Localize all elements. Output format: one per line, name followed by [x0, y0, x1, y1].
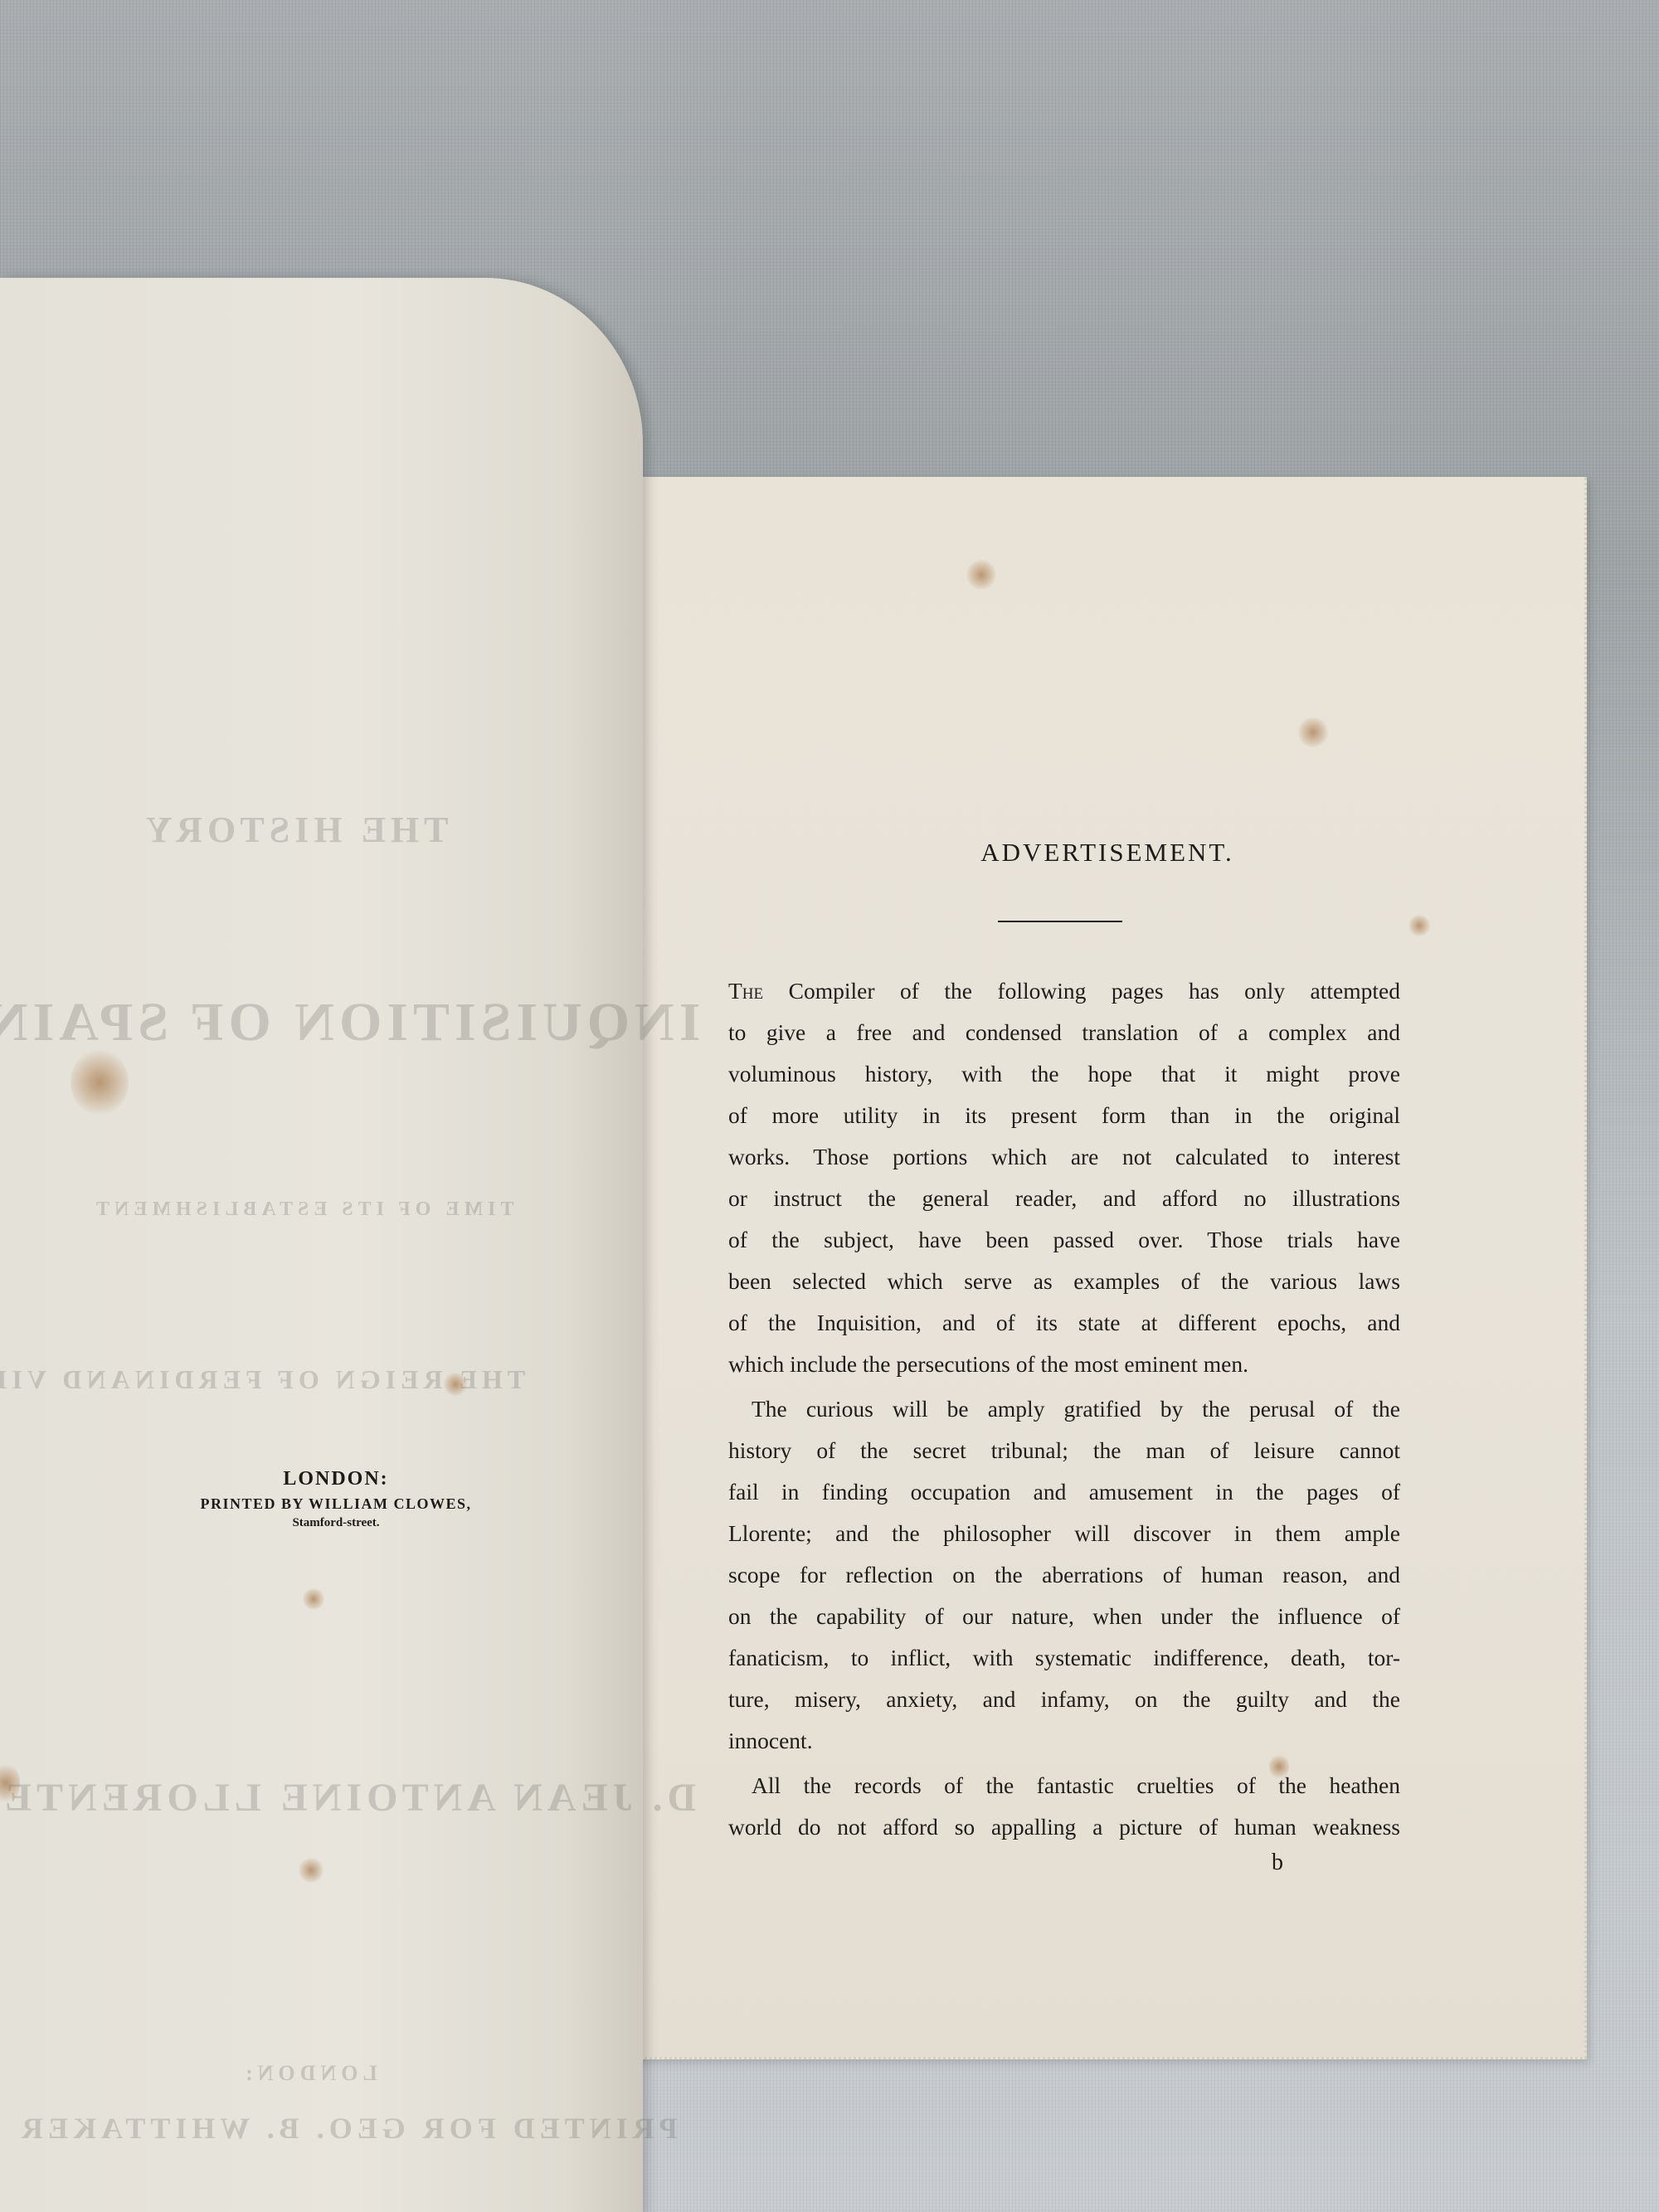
text-line: ture, misery, anxiety, and infamy, on th… — [728, 1679, 1400, 1720]
text-line: of the Inquisition, and of its state at … — [728, 1302, 1400, 1344]
bleed-through-text: PRINTED FOR GEO. B. WHITTAKER — [17, 2111, 678, 2146]
foxing-stain — [444, 1373, 467, 1396]
text-line: All the records of the fantastic cruelti… — [728, 1765, 1400, 1806]
text-line: world do not afford so appalling a pictu… — [728, 1806, 1400, 1848]
right-page-recto: ADVERTISEMENT. The Compiler of the follo… — [630, 477, 1587, 2059]
bleed-through-text: TIME OF ITS ESTABLISHMENT — [91, 1198, 513, 1221]
text-line: Llorente; and the philosopher will disco… — [728, 1513, 1400, 1554]
foxing-stain — [1298, 717, 1328, 747]
text-line: history of the secret tribunal; the man … — [728, 1430, 1400, 1471]
bleed-through-text: LONDON: — [241, 2061, 377, 2086]
imprint-street: Stamford-street. — [149, 1516, 523, 1530]
bleed-through-text: D. JEAN ANTOINE LLORENTE — [0, 1775, 696, 1821]
page-title: ADVERTISEMENT. — [630, 838, 1584, 868]
foxing-stain — [966, 560, 996, 590]
paragraph-1: The Compiler of the following pages has … — [728, 970, 1400, 1385]
text-line: or instruct the general reader, and affo… — [728, 1178, 1400, 1219]
foxing-stain — [71, 1049, 129, 1116]
imprint-printer: PRINTED BY WILLIAM CLOWES, — [149, 1495, 523, 1513]
text-line: to give a free and condensed translation… — [728, 1012, 1400, 1053]
bleed-through-text: THE HISTORY — [141, 809, 449, 851]
left-page-verso: THE HISTORY INQUISITION OF SPAIN TIME OF… — [0, 278, 643, 2212]
text-line: innocent. — [728, 1720, 1400, 1762]
text-line: voluminous history, with the hope that i… — [728, 1053, 1400, 1095]
advertisement-body: The Compiler of the following pages has … — [728, 970, 1400, 1851]
text-line: on the capability of our nature, when un… — [728, 1596, 1400, 1637]
paragraph-2: The curious will be amply gratified by t… — [728, 1388, 1400, 1762]
text-line: of the subject, have been passed over. T… — [728, 1219, 1400, 1261]
imprint-city: LONDON: — [149, 1468, 523, 1490]
printer-imprint: LONDON: PRINTED BY WILLIAM CLOWES, Stamf… — [149, 1468, 523, 1530]
text-line: fail in finding occupation and amusement… — [728, 1471, 1400, 1513]
text-line: of more utility in its present form than… — [728, 1095, 1400, 1136]
text-line: scope for reflection on the aberrations … — [728, 1554, 1400, 1596]
signature-mark: b — [1272, 1850, 1283, 1876]
text-line: Compiler of the following pages has only… — [763, 978, 1400, 1004]
text-line: fanaticism, to inflict, with systematic … — [728, 1637, 1400, 1679]
foxing-stain — [303, 1588, 324, 1610]
foxing-stain — [299, 1858, 324, 1883]
lead-smallcaps: The — [728, 978, 763, 1004]
text-line: The curious will be amply gratified by t… — [728, 1388, 1400, 1430]
foxing-stain — [1408, 915, 1430, 936]
bleed-through-text: INQUISITION OF SPAIN — [0, 991, 700, 1054]
text-line: works. Those portions which are not calc… — [728, 1136, 1400, 1178]
paragraph-3: All the records of the fantastic cruelti… — [728, 1765, 1400, 1848]
title-rule-divider — [998, 921, 1122, 922]
text-line: been selected which serve as examples of… — [728, 1261, 1400, 1302]
text-line: which include the persecutions of the mo… — [728, 1344, 1400, 1385]
